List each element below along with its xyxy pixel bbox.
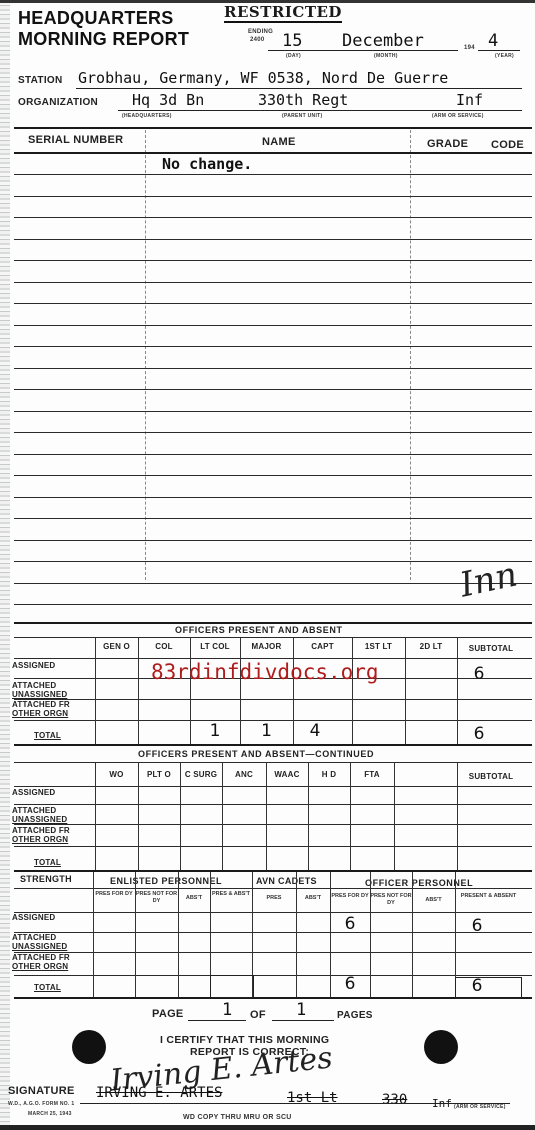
rule-line [296,872,297,997]
rule-line [14,497,532,498]
scan-bottom-border [0,1125,535,1130]
col-off-pres-for-dy: PRES FOR DY [330,893,370,900]
col-off-abst: ABS'T [412,897,455,904]
col-cont-subtotal: SUBTOTAL [457,772,525,781]
strength-row-assigned: ASSIGNED [12,913,55,922]
cont-header-rule [14,786,532,787]
year-prefix: 194 [464,45,475,51]
punch-hole-left [72,1030,106,1064]
watermark: 83rdinfdivdocs.org [151,660,379,684]
strength-row-attached: ATTACHEDUNASSIGNED [12,933,67,951]
page-number: 1 [222,1000,232,1020]
officers-row-rule-2 [14,699,532,700]
officers-header-rule [14,658,532,659]
cont-row-total: TOTAL [34,858,61,867]
rule-line [14,561,532,562]
officers-total-capt: 4 [300,721,330,741]
officers-assigned-subtotal: 6 [457,664,501,684]
rule-line [266,763,267,870]
rule-line [293,638,294,744]
headquarters-caption: (HEADQUARTERS) [122,113,172,119]
col-anc: ANC [222,770,266,779]
rule-line [14,540,532,541]
rule-line [14,346,532,347]
rule-line [14,454,532,455]
rule-line [14,432,532,433]
station-label: STATION [18,75,63,86]
typed-arm: Inf [432,1096,452,1112]
rule-line [405,638,406,744]
rule-line [14,389,532,390]
rule-line [350,763,351,870]
col-off-pres-not-for-dy: PRES NOT FOR DY [370,893,412,907]
officer-assigned-pres-for-dy: 6 [330,914,370,934]
arm-caption: (ARM OR SERVICE) [432,113,484,119]
col-enl-pres-for-dy: PRES FOR DY [93,891,135,898]
column-grade: GRADE [427,138,468,150]
year-caption: (YEAR) [495,53,514,59]
col-plt-o: PLT O [138,770,180,779]
form-date: MARCH 25, 1943 [28,1111,72,1117]
rule-line [14,239,532,240]
organization-headquarters: Hq 3d Bn [132,92,204,108]
report-month: December [342,31,424,51]
station-underline [76,88,522,89]
rule-line [135,872,136,997]
rule-line [138,763,139,870]
report-day: 15 [282,31,302,51]
col-col: COL [138,642,190,651]
rule-line [412,872,413,997]
date-underline [268,50,458,51]
organization-underline [118,110,522,111]
row-attached-fr: ATTACHED FROTHER ORGN [12,700,70,718]
col-gen-o: GEN O [95,642,138,651]
group-avn-cadets: AVN CADETS [256,876,317,886]
pages-label: PAGES [337,1010,373,1021]
rule-line [14,368,532,369]
enlisted-total-box [210,975,254,998]
signature-line [80,1103,510,1104]
col-subtotal: SUBTOTAL [457,644,525,653]
col-capt: CAPT [293,642,352,651]
serial-divider [145,130,146,580]
rule-line [14,282,532,283]
rule-line [14,583,532,584]
officers-bottom-rule [14,744,532,746]
rule-line [14,518,532,519]
cont-title-rule [14,762,532,763]
ending-2400: 2400 [250,37,265,43]
scan-edge [0,0,10,1130]
organization-parent-unit: 330th Regt [258,92,348,108]
col-cadet-abst: ABS'T [296,895,330,902]
col-waac: WAAC [266,770,308,779]
cont-row-rule-1 [14,804,532,805]
ending-label: ENDING [248,29,273,35]
col-wo: WO [95,770,138,779]
officers-total-major: 1 [240,721,293,741]
classification-restricted: RESTRICTED [224,4,342,23]
row-attached: ATTACHEDUNASSIGNED [12,681,67,699]
officers-title-rule [14,637,532,638]
rule-line [14,174,532,175]
col-enl-abst: ABS'T [178,895,210,902]
strength-row-attached-fr: ATTACHED FROTHER ORGN [12,953,70,971]
rule-line [14,260,532,261]
cont-row-rule-3 [14,846,532,847]
rule-line [178,872,179,997]
organization-arm: Inf [456,92,483,108]
strength-label: STRENGTH [20,874,72,884]
rule-line [14,604,532,605]
cont-row-attached: ATTACHEDUNASSIGNED [12,806,67,824]
col-1st-lt: 1ST LT [352,642,405,651]
col-cadet-pres: PRES [252,895,296,902]
col-off-present-absent: PRESENT & ABSENT [455,893,522,900]
typed-name: IRVING E. ARTES [96,1085,222,1101]
page-num-underline [188,1020,246,1021]
row-assigned: ASSIGNED [12,661,55,670]
punch-hole-right [424,1030,458,1064]
parent-caption: (PARENT UNIT) [282,113,322,119]
page-total: 1 [296,1000,306,1020]
rule-line [14,475,532,476]
rule-line [14,325,532,326]
col-h-d: H D [308,770,350,779]
officers-top-rule [14,622,532,624]
rule-line [222,763,223,870]
rule-line [352,638,353,744]
rule-line [370,872,371,997]
row-total: TOTAL [34,731,61,740]
officers-total-lt-col: 1 [190,721,240,741]
signature-arm-caption: (ARM OR SERVICE) [454,1104,506,1110]
station-value: Grobhau, Germany, WF 0538, Nord De Guerr… [78,70,448,86]
initials-signature: Inn [456,554,520,605]
signature-label: SIGNATURE [8,1085,75,1097]
col-major: MAJOR [240,642,293,651]
month-caption: (MONTH) [374,53,398,59]
organization-label: ORGANIZATION [18,97,98,108]
rule-line [308,763,309,870]
strength-row-total: TOTAL [34,983,61,992]
report-year: 4 [488,31,498,51]
grade-divider [410,130,411,580]
officer-total-present-absent: 6 [455,976,499,996]
of-label: OF [250,1009,266,1021]
group-officer-personnel: OFFICER PERSONNEL [365,878,473,888]
col-fta: FTA [350,770,394,779]
col-2d-lt: 2D LT [405,642,457,651]
cont-row-assigned: ASSIGNED [12,788,55,797]
col-lt-col: LT COL [190,642,240,651]
copy-note: WD COPY THRU MRU OR SCU [183,1114,292,1121]
entry-no-change: No change. [162,156,252,172]
page-total-underline [272,1020,334,1021]
rule-line [14,217,532,218]
typed-unit: 330 [382,1092,407,1108]
rule-line [14,303,532,304]
morning-report-page: HEADQUARTERS MORNING REPORT RESTRICTED E… [0,0,535,1130]
rule-line [14,411,532,412]
cont-row-rule-2 [14,824,532,825]
form-number: W.D., A.G.O. FORM NO. 1 [8,1101,74,1107]
officers-total-subtotal: 6 [457,724,501,744]
column-code: CODE [491,139,524,151]
officers-title: OFFICERS PRESENT AND ABSENT [175,625,343,635]
year-underline [478,50,520,51]
col-enl-pres-not-for-dy: PRES NOT FOR DY [135,891,178,905]
officers-continued-title: OFFICERS PRESENT AND ABSENT—CONTINUED [138,749,374,759]
officer-total-pres-for-dy: 6 [330,974,370,994]
entries-top-rule [14,127,532,129]
column-serial-number: SERIAL NUMBER [28,134,123,146]
entries-header-rule [14,152,532,154]
rule-line [95,638,96,744]
col-enl-pres-abst: PRES & ABS'T [210,891,252,898]
column-name: NAME [262,136,296,148]
rule-line [138,638,139,744]
group-enlisted: ENLISTED PERSONNEL [110,876,222,886]
title-morning-report: MORNING REPORT [18,29,189,49]
rule-line [14,196,532,197]
rule-line [93,872,94,997]
day-caption: (DAY) [286,53,301,59]
rule-line [457,763,458,870]
page-label: PAGE [152,1008,184,1020]
officer-assigned-present-absent: 6 [455,916,499,936]
rule-line [95,763,96,870]
title-headquarters: HEADQUARTERS [18,8,174,28]
col-c-surg: C SURG [180,770,222,779]
rule-line [180,763,181,870]
cont-row-attached-fr: ATTACHED FROTHER ORGN [12,826,70,844]
rule-line [394,763,395,870]
